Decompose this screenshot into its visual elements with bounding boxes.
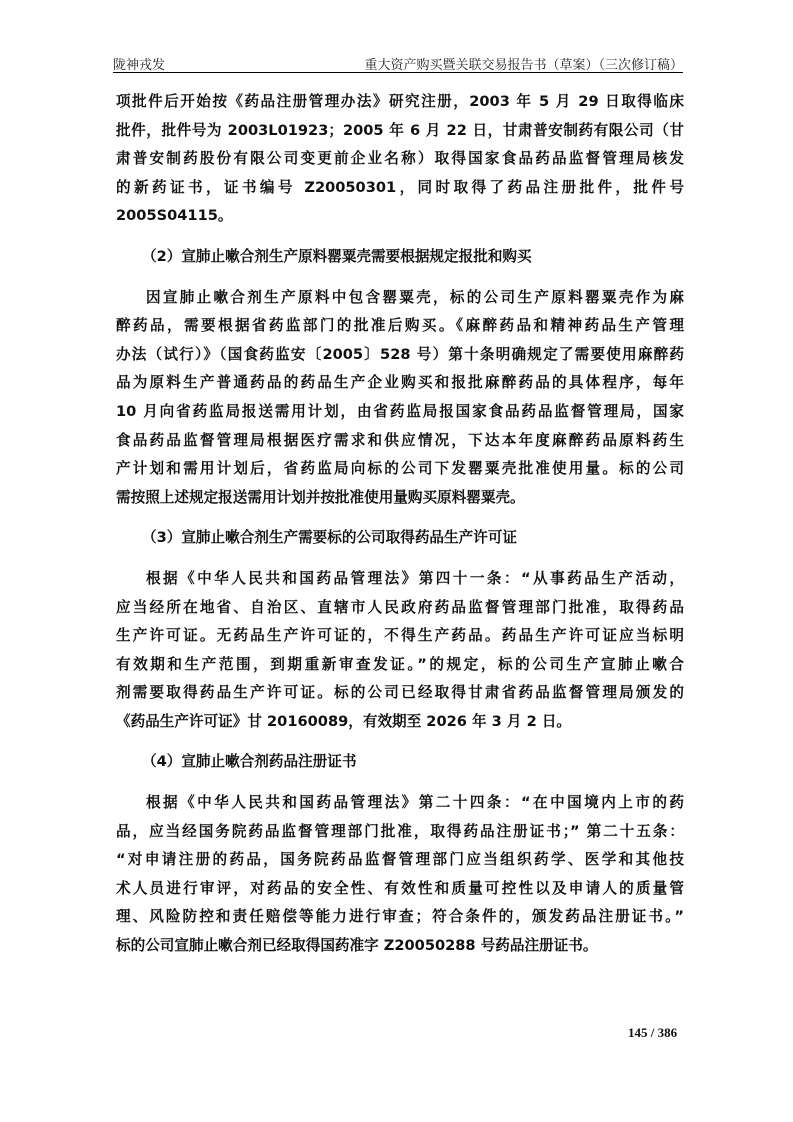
text-line: 醉药品，需要根据省药监部门的批准后购买。《麻醉药品和精神药品生产管理 (116, 312, 684, 341)
text-line: 产计划和需用计划后，省药监局向标的公司下发罂粟壳批准使用量。标的公司 (116, 455, 684, 484)
text-line: 食品药品监督管理局根据医疗需求和供应情况，下达本年度麻醉药品原料药生 (116, 427, 684, 456)
text-line: “对申请注册的药品，国务院药品监督管理部门应当组织药学、医学和其他技 (116, 846, 684, 875)
text-line: 标的公司宣肺止嗽合剂已经取得国药准字 Z20050288 号药品注册证书。 (116, 932, 684, 961)
text-line: 的新药证书，证书编号 Z20050301，同时取得了药品注册批件，批件号 (116, 174, 684, 203)
header-company-name: 陇神戎发 (113, 54, 165, 73)
document-page: 陇神戎发 重大资产购买暨关联交易报告书（草案）（三次修订稿） 项批件后开始按《药… (0, 0, 793, 1122)
document-body: 项批件后开始按《药品注册管理办法》研究注册，2003 年 5 月 29 日取得临… (116, 88, 684, 961)
text-line: 根据《中华人民共和国药品管理法》第二十四条：“在中国境内上市的药 (116, 789, 684, 818)
text-line: 剂需要取得药品生产许可证。标的公司已经取得甘肃省药品监督管理局颁发的 (116, 679, 684, 708)
section-heading-4: （4）宣肺止嗽合剂药品注册证书 (116, 748, 684, 777)
text-line: 《药品生产许可证》甘 20160089，有效期至 2026 年 3 月 2 日。 (116, 708, 684, 737)
paragraph-approval-history: 项批件后开始按《药品注册管理办法》研究注册，2003 年 5 月 29 日取得临… (116, 88, 684, 231)
paragraph-poppy-husk: 因宣肺止嗽合剂生产原料中包含罂粟壳，标的公司生产原料罂粟壳作为麻 醉药品，需要根… (116, 284, 684, 513)
paragraph-production-license: 根据《中华人民共和国药品管理法》第四十一条：“从事药品生产活动， 应当经所在地省… (116, 565, 684, 737)
section-heading-3: （3）宣肺止嗽合剂生产需要标的公司取得药品生产许可证 (116, 524, 684, 553)
text-line: 需按照上述规定报送需用计划并按批准使用量购买原料罂粟壳。 (116, 484, 684, 513)
text-line: 术人员进行审评，对药品的安全性、有效性和质量可控性以及申请人的质量管 (116, 875, 684, 904)
text-line: 2005S04115。 (116, 202, 684, 231)
text-line: 肃普安制药股份有限公司变更前企业名称）取得国家食品药品监督管理局核发 (116, 145, 684, 174)
text-line: 根据《中华人民共和国药品管理法》第四十一条：“从事药品生产活动， (116, 565, 684, 594)
page-number: 145 / 386 (628, 1025, 677, 1041)
header-document-title: 重大资产购买暨关联交易报告书（草案）（三次修订稿） (364, 54, 683, 73)
text-line: 因宣肺止嗽合剂生产原料中包含罂粟壳，标的公司生产原料罂粟壳作为麻 (116, 284, 684, 313)
text-line: 品为原料生产普通药品的药品生产企业购买和报批麻醉药品的具体程序，每年 (116, 369, 684, 398)
text-line: 批件，批件号为 2003L01923；2005 年 6 月 22 日，甘肃普安制… (116, 117, 684, 146)
paragraph-registration-certificate: 根据《中华人民共和国药品管理法》第二十四条：“在中国境内上市的药 品，应当经国务… (116, 789, 684, 961)
text-line: 10 月向省药监局报送需用计划，由省药监局报国家食品药品监督管理局，国家 (116, 398, 684, 427)
text-line: 办法（试行）》（国食药监安〔2005〕528 号）第十条明确规定了需要使用麻醉药 (116, 341, 684, 370)
text-line: 项批件后开始按《药品注册管理办法》研究注册，2003 年 5 月 29 日取得临… (116, 88, 684, 117)
text-line: 应当经所在地省、自治区、直辖市人民政府药品监督管理部门批准，取得药品 (116, 594, 684, 623)
text-line: 生产许可证。无药品生产许可证的，不得生产药品。药品生产许可证应当标明 (116, 622, 684, 651)
text-line: 理、风险防控和责任赔偿等能力进行审查；符合条件的，颁发药品注册证书。” (116, 903, 684, 932)
text-line: 品，应当经国务院药品监督管理部门批准，取得药品注册证书；” 第二十五条： (116, 818, 684, 847)
section-heading-2: （2）宣肺止嗽合剂生产原料罂粟壳需要根据规定报批和购买 (116, 243, 684, 272)
text-line: 有效期和生产范围，到期重新审查发证。”的规定，标的公司生产宣肺止嗽合 (116, 651, 684, 680)
page-header: 陇神戎发 重大资产购买暨关联交易报告书（草案）（三次修订稿） (113, 52, 683, 73)
